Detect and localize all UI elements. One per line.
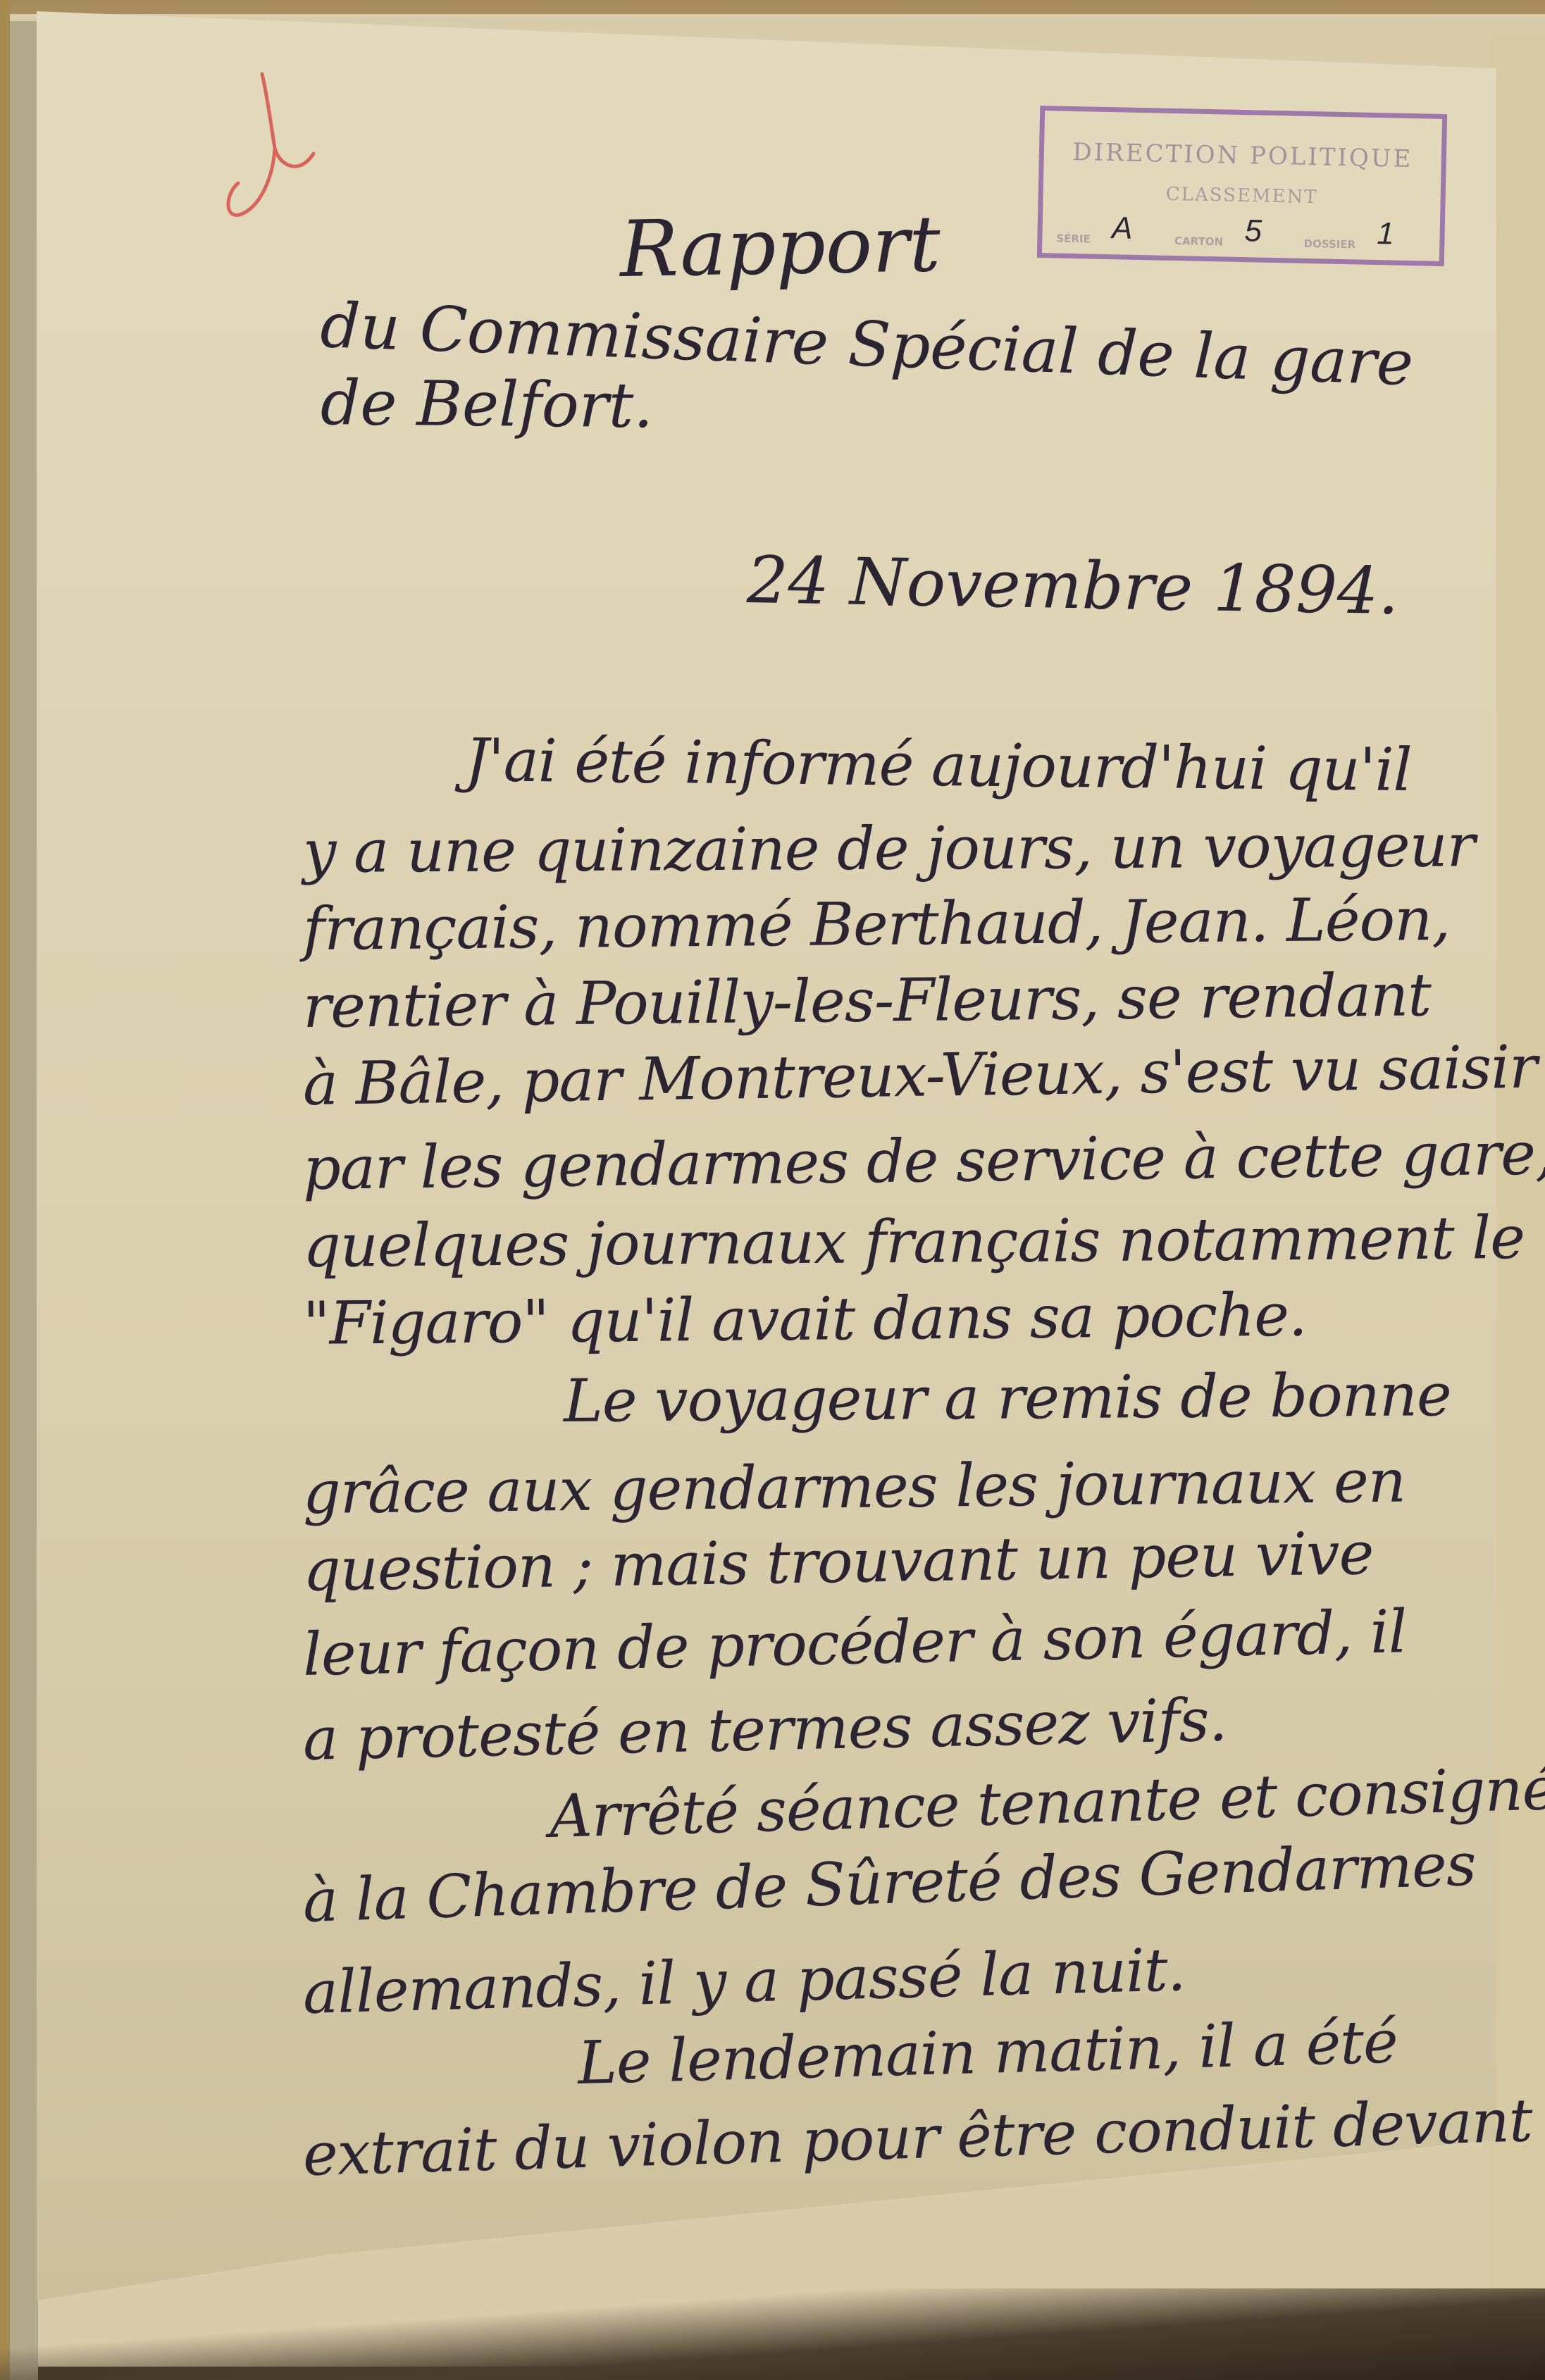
page-edge-shadow xyxy=(10,21,38,2380)
body-line: quelques journaux français notamment le xyxy=(303,1203,1525,1281)
binding-edge xyxy=(0,0,10,2380)
red-pencil-numeral-icon xyxy=(211,70,338,225)
stamp-subtitle: CLASSEMENT xyxy=(1043,181,1441,211)
folio-mark: I xyxy=(211,70,338,225)
document-title: Rapport xyxy=(619,199,941,294)
stamp-label-dossier: DOSSIER xyxy=(1303,237,1355,251)
body-line: J'ai été informé aujourd'hui qu'il xyxy=(464,725,1411,804)
archive-stamp: DIRECTION POLITIQUE CLASSEMENT SÉRIE A C… xyxy=(1037,106,1447,266)
stamp-fields: SÉRIE A CARTON 5 DOSSIER 1 xyxy=(1056,210,1426,253)
document-date: 24 Novembre 1894. xyxy=(746,542,1400,629)
stamp-value-carton: 5 xyxy=(1244,213,1262,249)
body-line: "Figaro" qu'il avait dans sa poche. xyxy=(303,1281,1307,1358)
stamp-value-serie: A xyxy=(1112,211,1133,247)
stamp-label-carton: CARTON xyxy=(1174,235,1223,248)
stamp-label-serie: SÉRIE xyxy=(1056,232,1091,245)
body-line: Le voyageur a remis de bonne xyxy=(564,1360,1451,1435)
body-line: français, nommé Berthaud, Jean. Léon, xyxy=(303,885,1451,964)
body-line: grâce aux gendarmes les journaux en xyxy=(302,1447,1406,1527)
bottom-shadow xyxy=(0,2288,1545,2380)
document-subtitle-line: de Belfort. xyxy=(321,366,654,442)
stamp-title: DIRECTION POLITIQUE xyxy=(1044,137,1442,174)
stamp-value-dossier: 1 xyxy=(1377,216,1395,252)
body-line: rentier à Pouilly-les-Fleurs, se rendant xyxy=(302,960,1431,1041)
body-line: y a une quinzaine de jours, un voyageur xyxy=(303,811,1475,886)
